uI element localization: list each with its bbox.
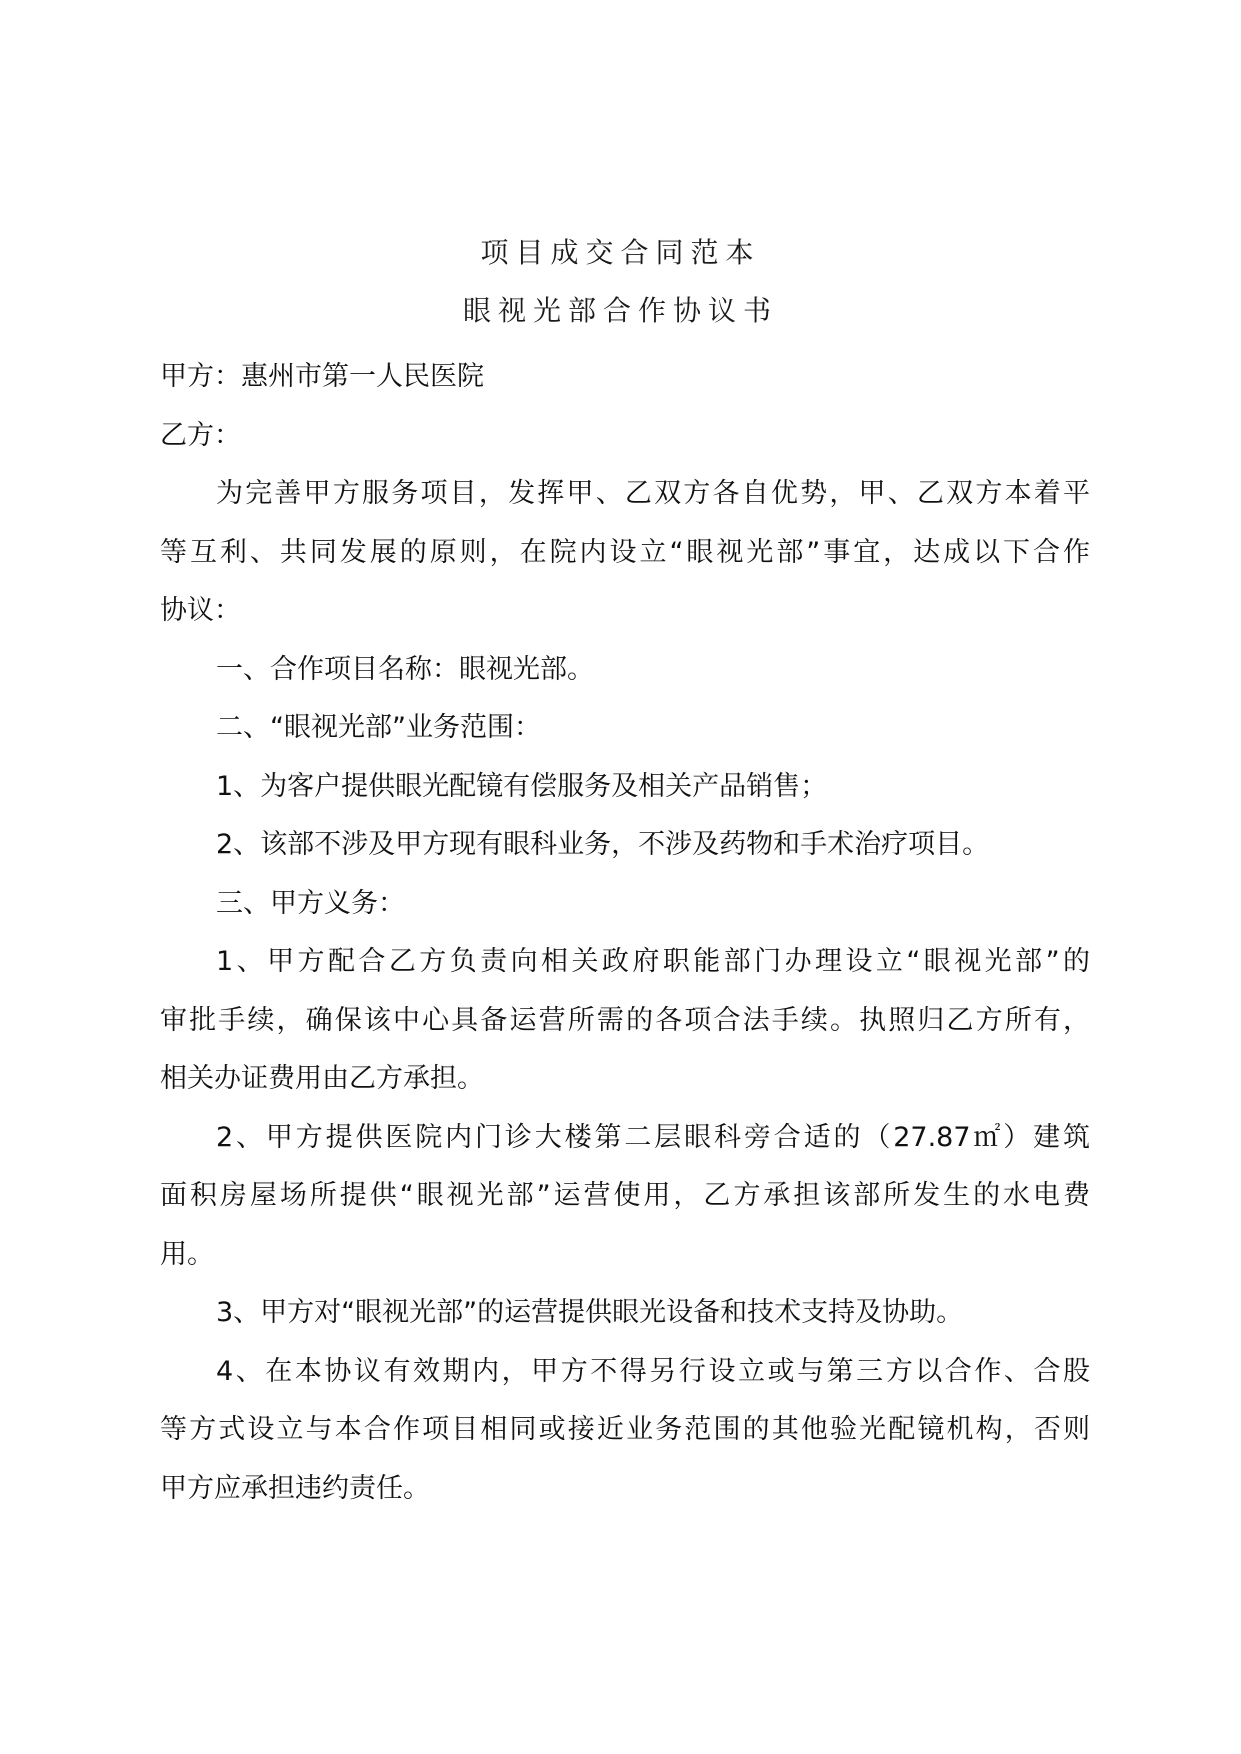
document-page: 项目成交合同范本 眼视光部合作协议书 甲方：惠州市第一人民医院 乙方： 为完善甲…	[0, 0, 1241, 1754]
clause-line: 4、在本协议有效期内，甲方不得另行设立或与第三方以合作、合股	[160, 1343, 1090, 1402]
party-b-line: 乙方：	[160, 407, 1090, 466]
paragraph-line: 为完善甲方服务项目，发挥甲、乙双方各自优势，甲、乙双方本着平	[160, 465, 1090, 524]
document-body: 甲方：惠州市第一人民医院 乙方： 为完善甲方服务项目，发挥甲、乙双方各自优势，甲…	[160, 348, 1090, 1518]
clause-line: 甲方应承担违约责任。	[160, 1460, 1090, 1519]
clause-line: 2、甲方提供医院内门诊大楼第二层眼科旁合适的（27.87㎡）建筑	[160, 1109, 1090, 1168]
clause-line: 相关办证费用由乙方承担。	[160, 1050, 1090, 1109]
section-heading: 一、合作项目名称：眼视光部。	[160, 641, 1090, 700]
clause-line: 2、该部不涉及甲方现有眼科业务，不涉及药物和手术治疗项目。	[160, 816, 1090, 875]
clause-line: 等方式设立与本合作项目相同或接近业务范围的其他验光配镜机构，否则	[160, 1401, 1090, 1460]
clause-line: 1、甲方配合乙方负责向相关政府职能部门办理设立“眼视光部”的	[160, 933, 1090, 992]
document-subtitle: 眼视光部合作协议书	[0, 291, 1241, 331]
clause-line: 用。	[160, 1226, 1090, 1285]
clause-line: 3、甲方对“眼视光部”的运营提供眼光设备和技术支持及协助。	[160, 1284, 1090, 1343]
clause-line: 面积房屋场所提供“眼视光部”运营使用，乙方承担该部所发生的水电费	[160, 1167, 1090, 1226]
section-heading: 二、“眼视光部”业务范围：	[160, 699, 1090, 758]
party-a-line: 甲方：惠州市第一人民医院	[160, 348, 1090, 407]
clause-line: 审批手续，确保该中心具备运营所需的各项合法手续。执照归乙方所有，	[160, 992, 1090, 1051]
clause-line: 1、为客户提供眼光配镜有偿服务及相关产品销售；	[160, 758, 1090, 817]
section-heading: 三、甲方义务：	[160, 875, 1090, 934]
document-title: 项目成交合同范本	[0, 233, 1241, 273]
paragraph-line: 协议：	[160, 582, 1090, 641]
paragraph-line: 等互利、共同发展的原则，在院内设立“眼视光部”事宜，达成以下合作	[160, 524, 1090, 583]
